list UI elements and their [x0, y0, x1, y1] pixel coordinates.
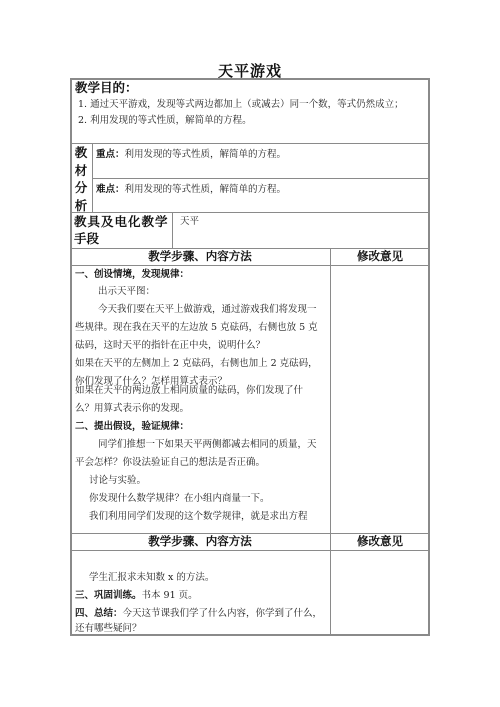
- difficulty-text: 利用发现的等式性质，解简单的方程。: [125, 184, 287, 195]
- divider: [330, 248, 331, 636]
- steps-header-left: 教学步骤、内容方法: [70, 248, 330, 265]
- section4-text: 今天这节课我们学了什么内容，你学到了什么，: [123, 608, 323, 619]
- difficulty-label: 难点：: [96, 184, 125, 195]
- divider: [70, 550, 430, 551]
- section-line: 还有哪些疑问？: [75, 621, 142, 637]
- key-point: 重点：利用发现的等式性质，解简单的方程。: [96, 147, 286, 163]
- section-line: 些规律。现在我在天平的左边放 5 克砝码，右侧也放 5 克: [75, 320, 318, 336]
- section-line: 你发现什么数学规律？在小组内商量一下。: [89, 491, 270, 507]
- section3-text: 书本 91 页。: [142, 590, 198, 601]
- section2-heading: 二、提出假设，验证规律：: [75, 419, 189, 435]
- divider: [70, 143, 430, 144]
- section-line: 我们利用同学们发现的这个数学规律，就是求出方程: [89, 509, 308, 525]
- section1-heading: 一、创设情境，发现规律：: [75, 267, 189, 283]
- material-analysis-label: 教 材 分 析: [70, 144, 92, 214]
- section-line: 如果在天平的两边放上相同质量的砝码，你们发现了什: [75, 383, 303, 399]
- section-line: 学生汇报求未知数 x 的方法。: [89, 570, 214, 586]
- teaching-aids-label: 教具及电化教学 手段: [74, 213, 169, 247]
- section-line: 平会怎样？你设法验证自己的想法是否正确。: [75, 455, 265, 471]
- difficulty: 难点：利用发现的等式性质，解简单的方程。: [96, 182, 286, 198]
- section4: 四、总结：今天这节课我们学了什么内容，你学到了什么，: [75, 606, 322, 622]
- divider: [172, 212, 173, 248]
- objectives-heading: 教学目的：: [75, 80, 138, 96]
- section-line: 如果在天平的左侧加上 2 克砝码，右侧也加上 2 克砝码，: [75, 356, 318, 372]
- steps-header-right-2: 修改意见: [330, 533, 430, 550]
- key-point-label: 重点：: [96, 149, 125, 160]
- key-point-text: 利用发现的等式性质，解简单的方程。: [125, 149, 287, 160]
- section-line: 出示天平图：: [98, 284, 155, 300]
- section-line: 砝码，这时天平的指针在正中央，说明什么？: [75, 338, 265, 354]
- objective-item: 1. 通过天平游戏，发现等式两边都加上（或减去）同一个数，等式仍然成立；: [78, 97, 404, 113]
- section-line: 同学们推想一下如果天平两侧都减去相同的质量，天: [98, 437, 317, 453]
- section3-heading: 三、巩固训练。: [75, 590, 142, 601]
- divider: [92, 143, 93, 212]
- section-line: 讨论与实验。: [89, 473, 146, 489]
- objective-item: 2. 利用发现的等式性质，解简单的方程。: [78, 113, 252, 129]
- section-line: 今天我们要在天平上做游戏，通过游戏我们将发现一: [98, 302, 317, 318]
- section-line: 么？用算式表示你的发现。: [75, 401, 189, 417]
- teaching-aids-value: 天平: [180, 214, 199, 230]
- section4-heading: 四、总结：: [75, 608, 123, 619]
- steps-header-left-2: 教学步骤、内容方法: [70, 533, 330, 550]
- divider: [70, 265, 430, 266]
- divider: [92, 178, 430, 179]
- section3: 三、巩固训练。书本 91 页。: [75, 588, 198, 604]
- steps-header-right: 修改意见: [330, 248, 430, 265]
